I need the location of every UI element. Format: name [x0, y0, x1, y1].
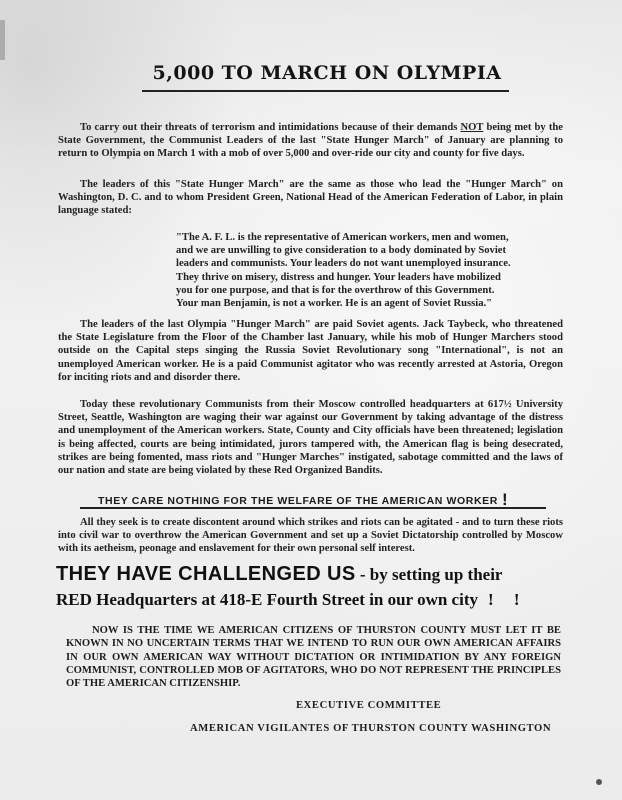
paragraph-soviet-agents: The leaders of the last Olympia "Hunger … — [58, 318, 563, 384]
challenge-main: THEY HAVE CHALLENGED US — [56, 563, 356, 585]
signature-organization: AMERICAN VIGILANTES OF THURSTON COUNTY W… — [190, 723, 551, 734]
paragraph-threats: To carry out their threats of terrorism … — [58, 121, 563, 161]
paragraph-revolutionary: Today these revolutionary Communists fro… — [58, 398, 563, 477]
quote-line: you for one purpose, and that is for the… — [176, 284, 531, 297]
document-title: 5,000 TO MARCH ON OLYMPIA — [142, 62, 512, 88]
paragraph-discontent: All they seek is to create discontent ar… — [58, 516, 563, 556]
p1-before: To carry out their threats of terrorism … — [80, 122, 461, 133]
quote-line: They thrive on misery, distress and hung… — [176, 271, 531, 284]
title-underline — [142, 90, 509, 92]
paper-speck — [596, 779, 602, 785]
afl-quote: "The A. F. L. is the representative of A… — [176, 231, 531, 310]
red-headquarters-bangs: ! ! — [488, 590, 528, 609]
care-heading-text: THEY CARE NOTHING FOR THE WELFARE OF THE… — [98, 495, 498, 507]
challenge-headline: THEY HAVE CHALLENGED US - by setting up … — [56, 563, 596, 586]
p1-emphasis: NOT — [461, 122, 484, 133]
red-headquarters-line: RED Headquarters at 418-E Fourth Street … — [56, 590, 596, 610]
call-to-action: NOW IS THE TIME WE AMERICAN CITIZENS OF … — [66, 624, 561, 690]
quote-line: leaders and communists. Your leaders do … — [176, 257, 531, 270]
paragraph-leaders: The leaders of this "State Hunger March"… — [58, 178, 563, 218]
paper-edge-shadow — [0, 20, 5, 60]
quote-line: "The A. F. L. is the representative of A… — [176, 231, 531, 244]
quote-line: Your man Benjamin, is not a worker. He i… — [176, 297, 531, 310]
challenge-tail: - by setting up their — [356, 565, 503, 584]
care-heading-underline — [80, 507, 546, 509]
red-headquarters-text: RED Headquarters at 418-E Fourth Street … — [56, 590, 478, 609]
quote-line: and we are unwilling to give considerati… — [176, 244, 531, 257]
signature-committee: EXECUTIVE COMMITTEE — [296, 700, 441, 711]
